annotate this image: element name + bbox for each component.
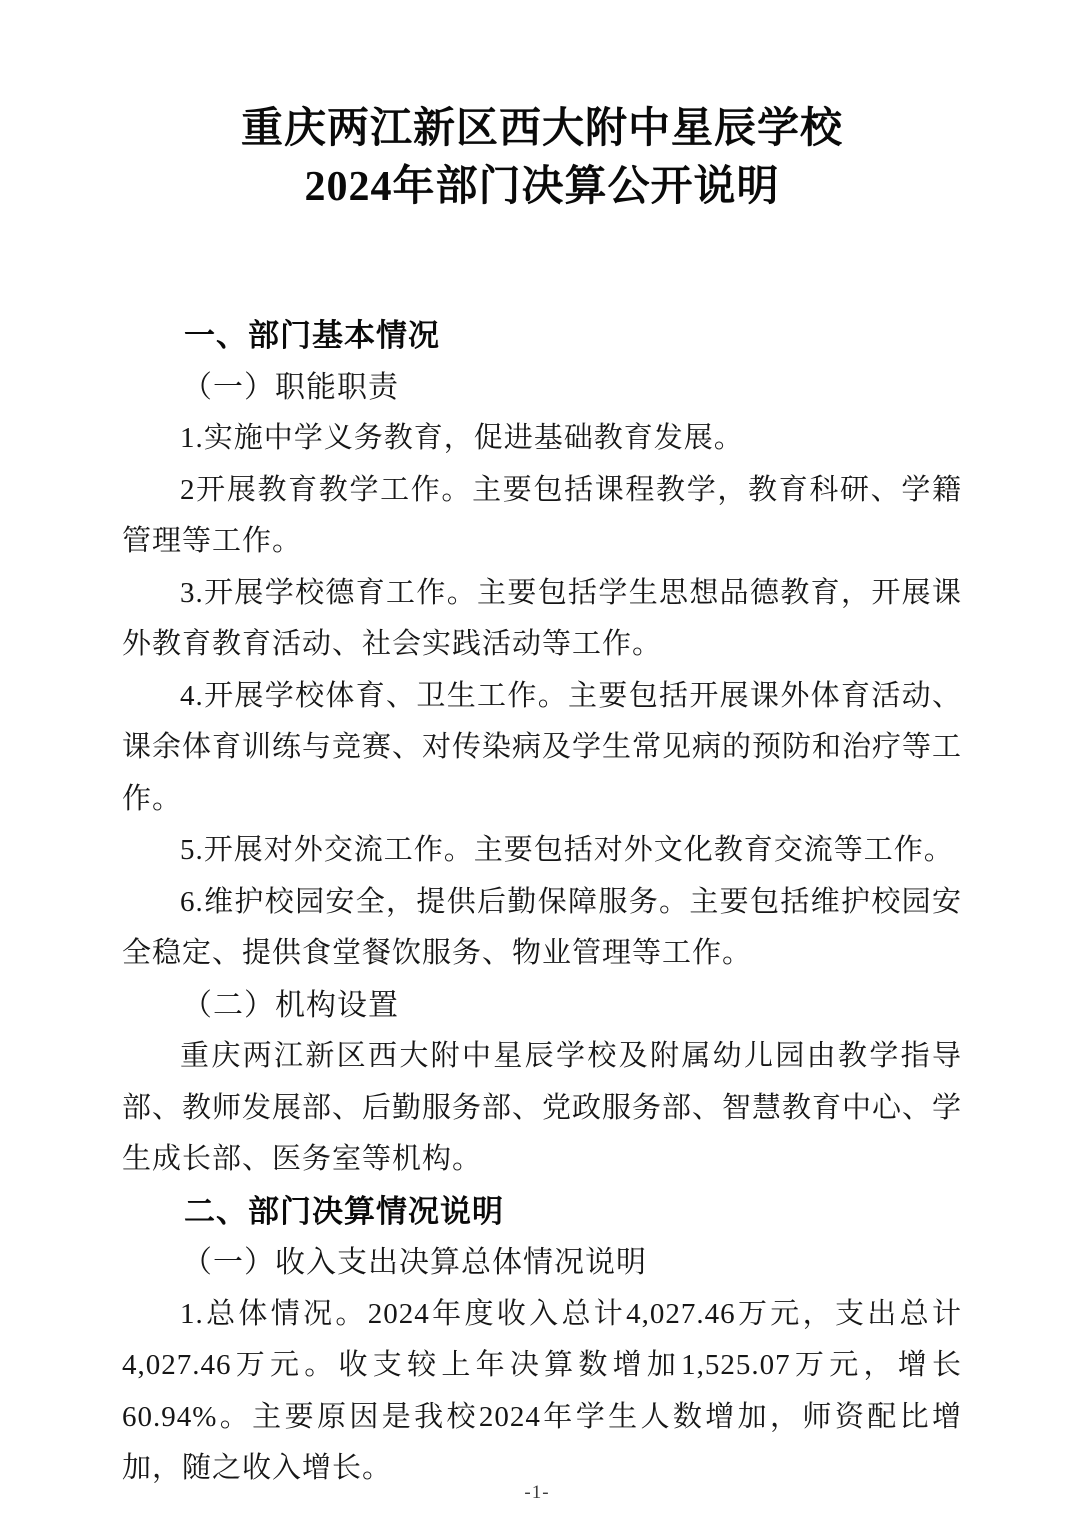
document-title-line1: 重庆两江新区西大附中星辰学校: [241, 106, 843, 152]
paragraph-duty-4: 4.开展学校体育、卫生工作。主要包括开展课外体育活动、课余体育训练与竞赛、对传染…: [122, 671, 962, 826]
paragraph-budget-overview: 1.总体情况。2024年度收入总计4,027.46万元，支出总计4,027.46…: [122, 1289, 962, 1495]
document-title-line2: 2024年部门决算公开说明: [304, 164, 779, 210]
paragraph-duty-6: 6.维护校园安全，提供后勤保障服务。主要包括维护校园安全稳定、提供食堂餐饮服务、…: [122, 877, 962, 980]
document-title: 重庆两江新区西大附中星辰学校 2024年部门决算公开说明: [122, 100, 962, 216]
section-heading-part-two: 二、部门决算情况说明: [122, 1186, 962, 1238]
subsection-heading-budget-overview: （一）收入支出决算总体情况说明: [122, 1237, 962, 1289]
page-number: -1-: [0, 1482, 1074, 1504]
subsection-heading-duties: （一）职能职责: [122, 362, 962, 414]
paragraph-duty-3: 3.开展学校德育工作。主要包括学生思想品德教育，开展课外教育教育活动、社会实践活…: [122, 568, 962, 671]
paragraph-duty-1: 1.实施中学义务教育，促进基础教育发展。: [122, 413, 962, 465]
section-heading-part-one: 一、部门基本情况: [122, 310, 962, 362]
subsection-heading-organization: （二）机构设置: [122, 980, 962, 1032]
paragraph-duty-5: 5.开展对外交流工作。主要包括对外文化教育交流等工作。: [122, 825, 962, 877]
document-body: 一、部门基本情况 （一）职能职责 1.实施中学义务教育，促进基础教育发展。 2开…: [122, 310, 962, 1495]
paragraph-duty-2: 2开展教育教学工作。主要包括课程教学，教育科研、学籍管理等工作。: [122, 465, 962, 568]
document-page: 重庆两江新区西大附中星辰学校 2024年部门决算公开说明 一、部门基本情况 （一…: [0, 0, 1074, 1520]
paragraph-organization: 重庆两江新区西大附中星辰学校及附属幼儿园由教学指导部、教师发展部、后勤服务部、党…: [122, 1031, 962, 1186]
